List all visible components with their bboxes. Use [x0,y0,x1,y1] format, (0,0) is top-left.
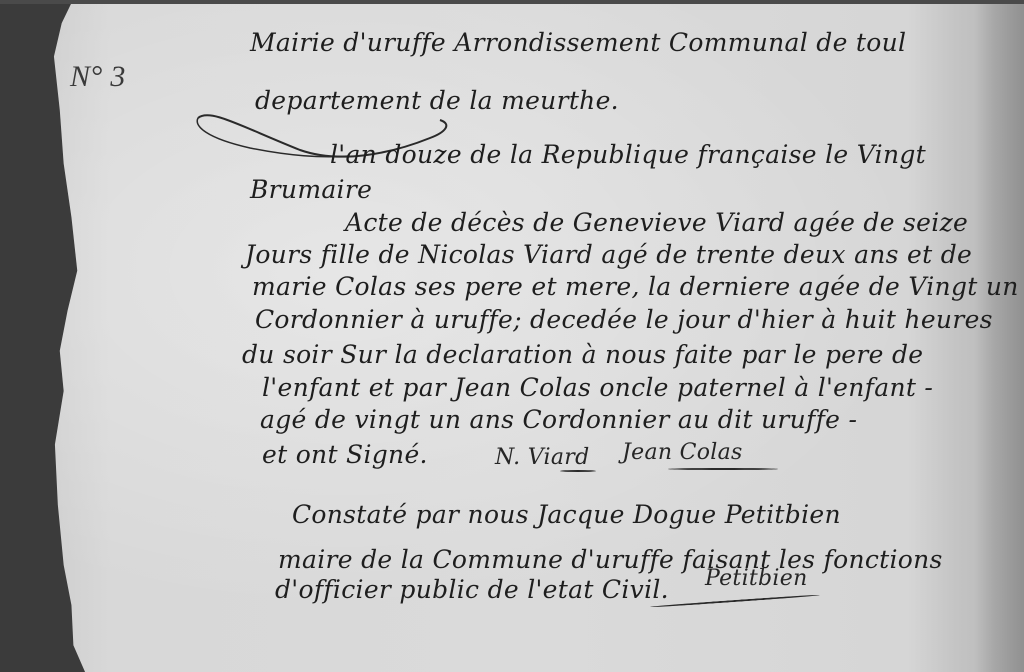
body-line-1: Acte de décès de Genevieve Viard agée de… [345,208,968,237]
signature-father: N. Viard [495,445,589,470]
body-line-5: du soir Sur la declaration à nous faite … [242,340,923,369]
signature-uncle: Jean Colas [622,440,743,465]
signature-mayor: Petitbien [705,566,808,591]
body-line-6: l'enfant et par Jean Colas oncle paterne… [262,373,933,402]
body-line-8: et ont Signé. [262,440,428,469]
signature-underline [560,470,596,472]
date-line-2: Brumaire [250,175,372,204]
page-fold-shadow [974,3,1024,672]
body-line-4: Cordonnier à uruffe; decedée le jour d'h… [255,305,993,334]
attestation-line-3: d'officier public de l'etat Civil. [275,575,669,604]
body-line-3: marie Colas ses pere et mere, la dernier… [252,272,1019,301]
record-number: N° 3 [70,60,126,94]
date-line-1: l'an douze de la Republique française le… [330,140,926,169]
scanned-document: N° 3 Mairie d'uruffe Arrondissement Comm… [0,0,1024,672]
attestation-line-1: Constaté par nous Jacque Dogue Petitbien [292,500,841,529]
scan-top-edge [0,0,1024,4]
attestation-line-2: maire de la Commune d'uruffe faisant les… [278,545,943,574]
signature-underline [668,468,778,470]
body-line-2: Jours fille de Nicolas Viard agé de tren… [245,240,972,269]
body-line-7: agé de vingt un ans Cordonnier au dit ur… [260,405,857,434]
header-line-1: Mairie d'uruffe Arrondissement Communal … [250,28,906,57]
